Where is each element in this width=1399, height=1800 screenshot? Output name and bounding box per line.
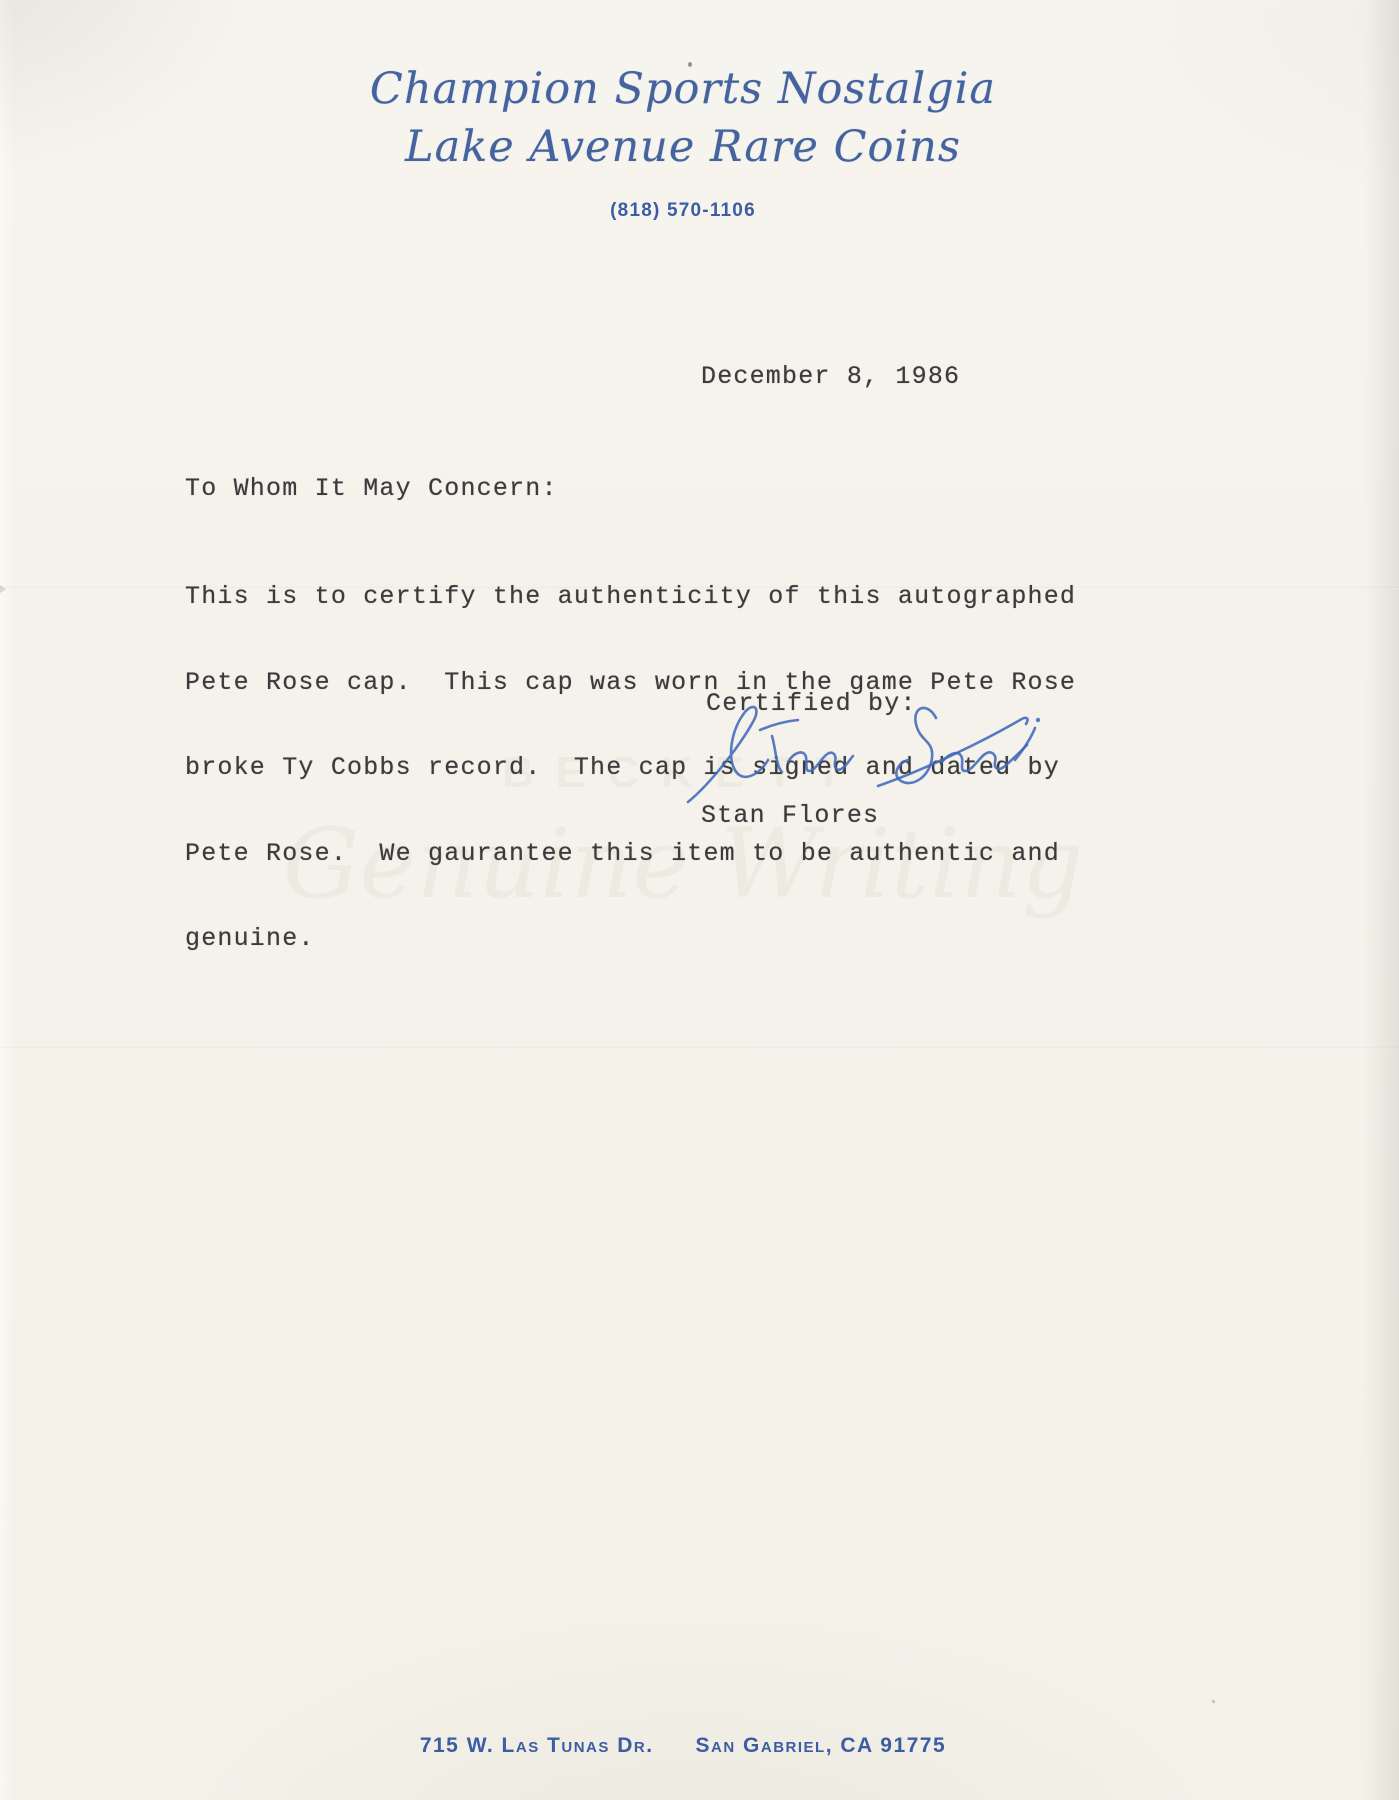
typed-signatory-name: Stan Flores (701, 801, 879, 830)
body-line: Pete Rose cap. This cap was worn in the … (185, 669, 1076, 698)
paper-fold-crease (0, 1046, 1399, 1049)
letter-salutation: To Whom It May Concern: (185, 474, 558, 503)
paper-edge-notch (0, 582, 6, 596)
body-line: Pete Rose. We gaurantee this item to be … (185, 840, 1076, 869)
letterhead-phone-number: (818) 570-1106 (0, 200, 1366, 222)
letterhead-company-name-secondary: Lake Avenue Rare Coins (0, 122, 1366, 172)
body-line: This is to certify the authenticity of t… (185, 583, 1076, 612)
footer-city-state-zip: San Gabriel, CA 91775 (696, 1734, 947, 1758)
paper-speck (1212, 1700, 1215, 1703)
scanned-letter-page: BECKETT Genuine Writing Champion Sports … (0, 0, 1399, 1800)
letter-date: December 8, 1986 (701, 362, 960, 391)
letterhead-footer-address: 715 W. Las Tunas Dr.San Gabriel, CA 9177… (0, 1734, 1366, 1758)
letterhead-company-name: Champion Sports Nostalgia (0, 64, 1366, 114)
footer-street-address: 715 W. Las Tunas Dr. (420, 1734, 654, 1758)
body-line: genuine. (185, 925, 1076, 954)
